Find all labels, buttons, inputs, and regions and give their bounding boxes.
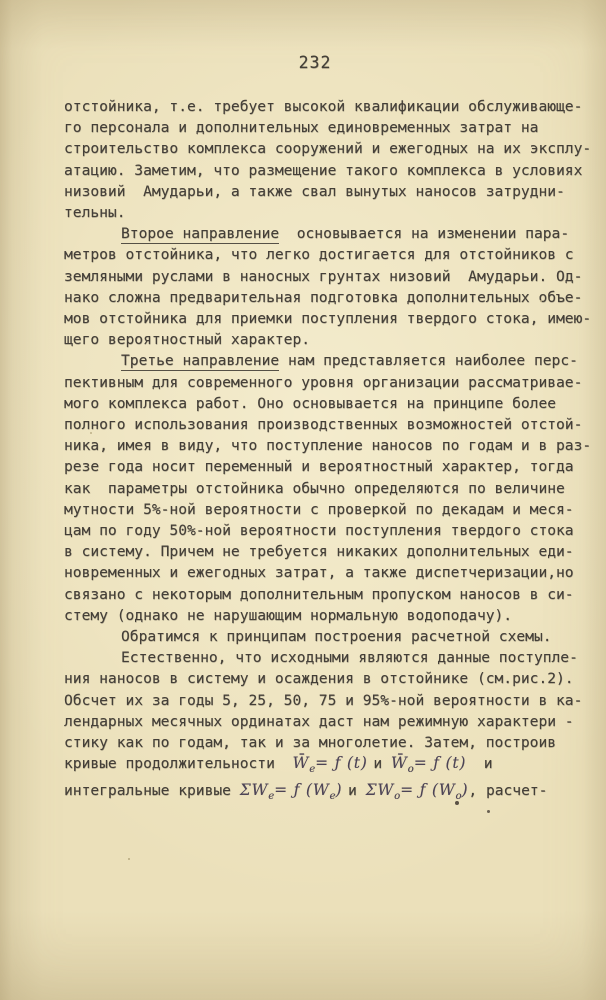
typed-text: мов отстойника для приемки поступления т… xyxy=(64,310,591,327)
typed-text: отстойника, т.е. требует высокой квалифи… xyxy=(64,98,582,115)
typed-text: новременных и ежегодных затрат, а также … xyxy=(64,564,574,581)
handwritten-formula: = ƒ (W xyxy=(274,781,329,799)
text-line: мого комплекса работ. Оно основывается н… xyxy=(64,393,594,414)
text-line: новременных и ежегодных затрат, а также … xyxy=(64,562,594,583)
typed-text: го персонала и дополнительных единовреме… xyxy=(64,119,538,136)
text-line: в систему. Причем не требуется никаких д… xyxy=(64,541,594,562)
typed-text: интегральные кривые xyxy=(64,782,240,799)
typed-text: основывается на изменении пара- xyxy=(279,225,569,242)
typed-text: мого комплекса работ. Оно основывается н… xyxy=(64,395,556,412)
handwritten-formula: = ƒ (W xyxy=(400,781,455,799)
typed-text: земляными руслами в наносных грунтах низ… xyxy=(64,268,582,285)
typed-text: тельны. xyxy=(64,204,126,221)
text-line: го персонала и дополнительных единовреме… xyxy=(64,117,594,138)
typed-text: ния наносов в систему и осаждения в отст… xyxy=(64,670,574,687)
text-line: интегральные кривые ΣWе= ƒ (Wе) и ΣWо= ƒ… xyxy=(64,780,594,807)
text-line: резе года носит переменный и вероятностн… xyxy=(64,456,594,477)
text-line: тельны. xyxy=(64,202,594,223)
handwritten-formula: ) xyxy=(335,781,348,799)
text-line: пективным для современного уровня органи… xyxy=(64,372,594,393)
typed-text: нам представляется наиболее перс- xyxy=(279,352,578,369)
typed-text: цам по году 50%-ной вероятности поступле… xyxy=(64,522,574,539)
text-line: Обсчет их за годы 5, 25, 50, 75 и 95%-но… xyxy=(64,690,594,711)
text-line: отстойника, т.е. требует высокой квалифи… xyxy=(64,96,594,117)
handwritten-formula: = ƒ (t) xyxy=(315,754,373,772)
page-number: 232 xyxy=(24,53,606,72)
text-line: строительство комплекса сооружений и еже… xyxy=(64,138,594,159)
typed-text: , расчет- xyxy=(468,782,547,799)
underlined-heading: Второе направление xyxy=(121,225,279,244)
typed-text: атацию. Заметим, что размещение такого к… xyxy=(64,162,582,179)
text-line: связано с некоторым дополнительным пропу… xyxy=(64,584,594,605)
handwritten-formula: = ƒ (t) xyxy=(414,754,467,772)
text-line: кривые продолжительности W̄е= ƒ (t) и W̄… xyxy=(64,753,594,780)
typed-text: низовий Амударьи, а также свал вынутых н… xyxy=(64,183,565,200)
paper-speck xyxy=(487,810,490,813)
handwritten-formula: ΣW xyxy=(366,781,395,799)
typed-text: Обратимся к принципам построения расчетн… xyxy=(121,628,552,645)
text-line: Обратимся к принципам построения расчетн… xyxy=(64,626,594,647)
typed-text: пективным для современного уровня органи… xyxy=(64,374,582,391)
typed-text: связано с некоторым дополнительным пропу… xyxy=(64,586,574,603)
typed-text: и xyxy=(348,782,366,799)
text-line: ника, имея в виду, что поступление нанос… xyxy=(64,435,594,456)
typed-text: щего вероятностный характер. xyxy=(64,331,310,348)
text-line: мов отстойника для приемки поступления т… xyxy=(64,308,594,329)
text-line: Естественно, что исходными являются данн… xyxy=(64,647,594,668)
text-line: метров отстойника, что легко достигается… xyxy=(64,244,594,265)
typed-text: Обсчет их за годы 5, 25, 50, 75 и 95%-но… xyxy=(64,692,582,709)
typed-text: стику как по годам, так и за многолетие.… xyxy=(64,734,556,751)
handwritten-formula: W̄ xyxy=(292,754,309,772)
text-line: ния наносов в систему и осаждения в отст… xyxy=(64,668,594,689)
underlined-heading: Третье направление xyxy=(121,352,279,371)
typed-text: в систему. Причем не требуется никаких д… xyxy=(64,543,574,560)
text-block: отстойника, т.е. требует высокой квалифи… xyxy=(64,96,594,808)
typed-text: как параметры отстойника обычно определя… xyxy=(64,480,565,497)
handwritten-formula: W̄ xyxy=(391,754,408,772)
typed-text: и xyxy=(466,755,492,772)
text-line: низовий Амударьи, а также свал вынутых н… xyxy=(64,181,594,202)
typed-text: и xyxy=(373,755,391,772)
typed-text: лендарных месячных ординатах даст нам ре… xyxy=(64,713,574,730)
handwritten-formula: ΣW xyxy=(240,781,269,799)
typed-text: полного использования производственных в… xyxy=(64,416,582,433)
text-line: цам по году 50%-ной вероятности поступле… xyxy=(64,520,594,541)
text-line: мутности 5%-ной вероятности с проверкой … xyxy=(64,499,594,520)
text-line: земляными руслами в наносных грунтах низ… xyxy=(64,266,594,287)
text-line: стику как по годам, так и за многолетие.… xyxy=(64,732,594,753)
typed-text: строительство комплекса сооружений и еже… xyxy=(64,140,591,157)
text-line: полного использования производственных в… xyxy=(64,414,594,435)
text-line: Третье направление нам представляется на… xyxy=(64,350,594,371)
text-line: Второе направление основывается на измен… xyxy=(64,223,594,244)
typed-text: мутности 5%-ной вероятности с проверкой … xyxy=(64,501,574,518)
text-line: атацию. Заметим, что размещение такого к… xyxy=(64,160,594,181)
typed-text: резе года носит переменный и вероятностн… xyxy=(64,458,574,475)
text-line: стему (однако не нарушающим нормальную в… xyxy=(64,605,594,626)
text-line: лендарных месячных ординатах даст нам ре… xyxy=(64,711,594,732)
text-line: как параметры отстойника обычно определя… xyxy=(64,478,594,499)
text-line: нако сложна предварительная подготовка д… xyxy=(64,287,594,308)
typed-text: стему (однако не нарушающим нормальную в… xyxy=(64,607,512,624)
scanned-typewritten-page: 232 отстойника, т.е. требует высокой ква… xyxy=(0,0,606,1000)
typed-text: нако сложна предварительная подготовка д… xyxy=(64,289,582,306)
typed-text: кривые продолжительности xyxy=(64,755,292,772)
typed-text: Естественно, что исходными являются данн… xyxy=(121,649,578,666)
typed-text: ника, имея в виду, что поступление нанос… xyxy=(64,437,591,454)
paper-speck xyxy=(128,858,130,860)
text-line: щего вероятностный характер. xyxy=(64,329,594,350)
typed-text: метров отстойника, что легко достигается… xyxy=(64,246,574,263)
